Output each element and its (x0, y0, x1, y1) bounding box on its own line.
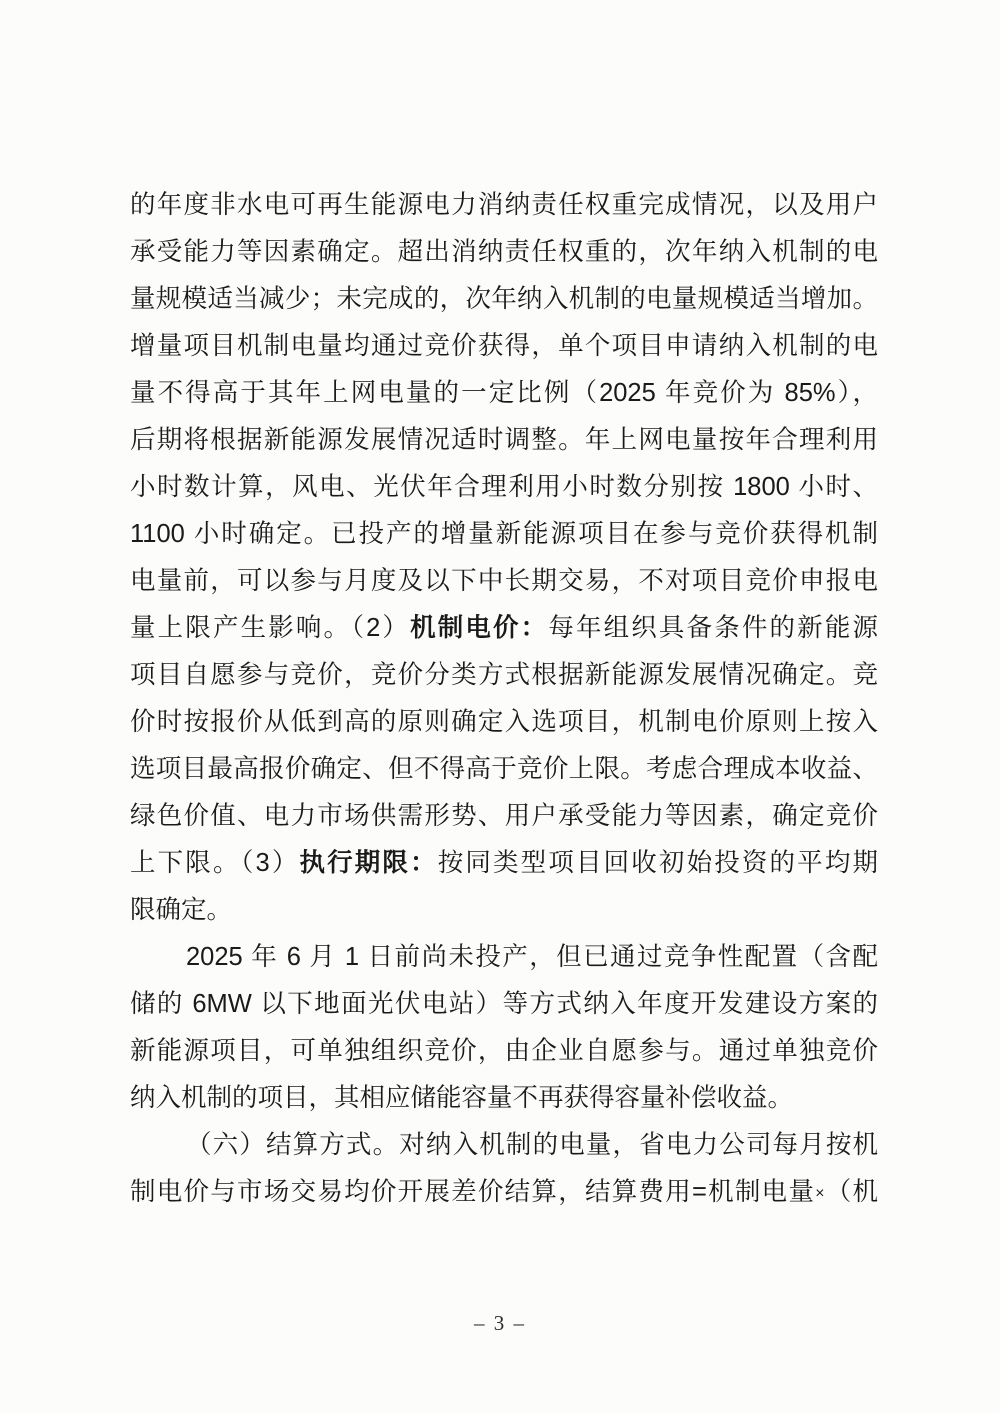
text-run: 小时数计算，风电、光伏年合理利用小时数分别按 1800 小时、 (130, 473, 878, 501)
text-run: 绿色价值、电力市场供需形势、用户承受能力等因素，确定竞价 (130, 802, 878, 830)
text-line: 量不得高于其年上网电量的一定比例（2025 年竞价为 85%）， (130, 370, 878, 417)
text-run: 上下限。（3） (130, 849, 299, 877)
text-line: 量上限产生影响。（2）机制电价：每年组织具备条件的新能源 (130, 605, 878, 652)
text-run: 选项目最高报价确定、但不得高于竞价上限。考虑合理成本收益、 (130, 755, 878, 783)
text-run: 制电价与市场交易均价开展差价结算，结算费用=机制电量 (130, 1178, 815, 1206)
document-page: 的年度非水电可再生能源电力消纳责任权重完成情况，以及用户承受能力等因素确定。超出… (0, 0, 1000, 1414)
text-line: 2025 年 6 月 1 日前尚未投产，但已通过竞争性配置（含配 (130, 934, 878, 981)
text-run: 承受能力等因素确定。超出消纳责任权重的，次年纳入机制的电 (130, 238, 878, 266)
text-line: 绿色价值、电力市场供需形势、用户承受能力等因素，确定竞价 (130, 793, 878, 840)
text-line: 电量前，可以参与月度及以下中长期交易，不对项目竞价申报电 (130, 558, 878, 605)
text-line: 新能源项目，可单独组织竞价，由企业自愿参与。通过单独竞价 (130, 1028, 878, 1075)
text-run: 1100 小时确定。已投产的增量新能源项目在参与竞价获得机制 (130, 520, 878, 548)
text-run: 价时按报价从低到高的原则确定入选项目，机制电价原则上按入 (130, 708, 878, 736)
text-run: 项目自愿参与竞价，竞价分类方式根据新能源发展情况确定。竞 (130, 661, 878, 689)
text-run: 限确定。 (130, 896, 232, 924)
text-line: 承受能力等因素确定。超出消纳责任权重的，次年纳入机制的电 (130, 229, 878, 276)
text-run: 每年组织具备条件的新能源 (548, 614, 878, 642)
text-line: 纳入机制的项目，其相应储能容量不再获得容量补偿收益。 (130, 1075, 878, 1122)
text-run: 增量项目机制电量均通过竞价获得，单个项目申请纳入机制的电 (130, 332, 878, 360)
text-run: 电量前，可以参与月度及以下中长期交易，不对项目竞价申报电 (130, 567, 878, 595)
text-run: 后期将根据新能源发展情况适时调整。年上网电量按年合理利用 (130, 426, 878, 454)
text-run: （六）结算方式。对纳入机制的电量，省电力公司每月按机 (186, 1131, 878, 1159)
text-run: 纳入机制的项目，其相应储能容量不再获得容量补偿收益。 (130, 1084, 793, 1112)
bold-text-run: 执行期限： (299, 849, 437, 877)
text-line: （六）结算方式。对纳入机制的电量，省电力公司每月按机 (130, 1122, 878, 1169)
text-line: 量规模适当减少；未完成的，次年纳入机制的电量规模适当增加。 (130, 276, 878, 323)
text-line: 小时数计算，风电、光伏年合理利用小时数分别按 1800 小时、 (130, 464, 878, 511)
text-line: 项目自愿参与竞价，竞价分类方式根据新能源发展情况确定。竞 (130, 652, 878, 699)
text-line: 后期将根据新能源发展情况适时调整。年上网电量按年合理利用 (130, 417, 878, 464)
document-body: 的年度非水电可再生能源电力消纳责任权重完成情况，以及用户承受能力等因素确定。超出… (130, 182, 878, 1216)
text-run: 新能源项目，可单独组织竞价，由企业自愿参与。通过单独竞价 (130, 1037, 878, 1065)
text-run: 2025 年 6 月 1 日前尚未投产，但已通过竞争性配置（含配 (186, 943, 878, 971)
text-line: 选项目最高报价确定、但不得高于竞价上限。考虑合理成本收益、 (130, 746, 878, 793)
text-line: 的年度非水电可再生能源电力消纳责任权重完成情况，以及用户 (130, 182, 878, 229)
text-run: 量上限产生影响。（2） (130, 614, 410, 642)
bold-text-run: 机制电价： (410, 614, 548, 642)
text-line: 制电价与市场交易均价开展差价结算，结算费用=机制电量×（机 (130, 1169, 878, 1216)
text-line: 增量项目机制电量均通过竞价获得，单个项目申请纳入机制的电 (130, 323, 878, 370)
text-run: 储的 6MW 以下地面光伏电站）等方式纳入年度开发建设方案的 (130, 990, 878, 1018)
text-line: 储的 6MW 以下地面光伏电站）等方式纳入年度开发建设方案的 (130, 981, 878, 1028)
text-run: 量不得高于其年上网电量的一定比例（2025 年竞价为 85%）， (130, 379, 878, 407)
text-run: 按同类型项目回收初始投资的平均期 (438, 849, 878, 877)
page-number: – 3 – (0, 1308, 1000, 1338)
text-run: （机 (824, 1178, 878, 1206)
text-line: 限确定。 (130, 887, 878, 934)
text-line: 1100 小时确定。已投产的增量新能源项目在参与竞价获得机制 (130, 511, 878, 558)
text-run: 的年度非水电可再生能源电力消纳责任权重完成情况，以及用户 (130, 191, 878, 219)
text-line: 上下限。（3）执行期限：按同类型项目回收初始投资的平均期 (130, 840, 878, 887)
text-run: 量规模适当减少；未完成的，次年纳入机制的电量规模适当增加。 (130, 285, 878, 313)
text-line: 价时按报价从低到高的原则确定入选项目，机制电价原则上按入 (130, 699, 878, 746)
